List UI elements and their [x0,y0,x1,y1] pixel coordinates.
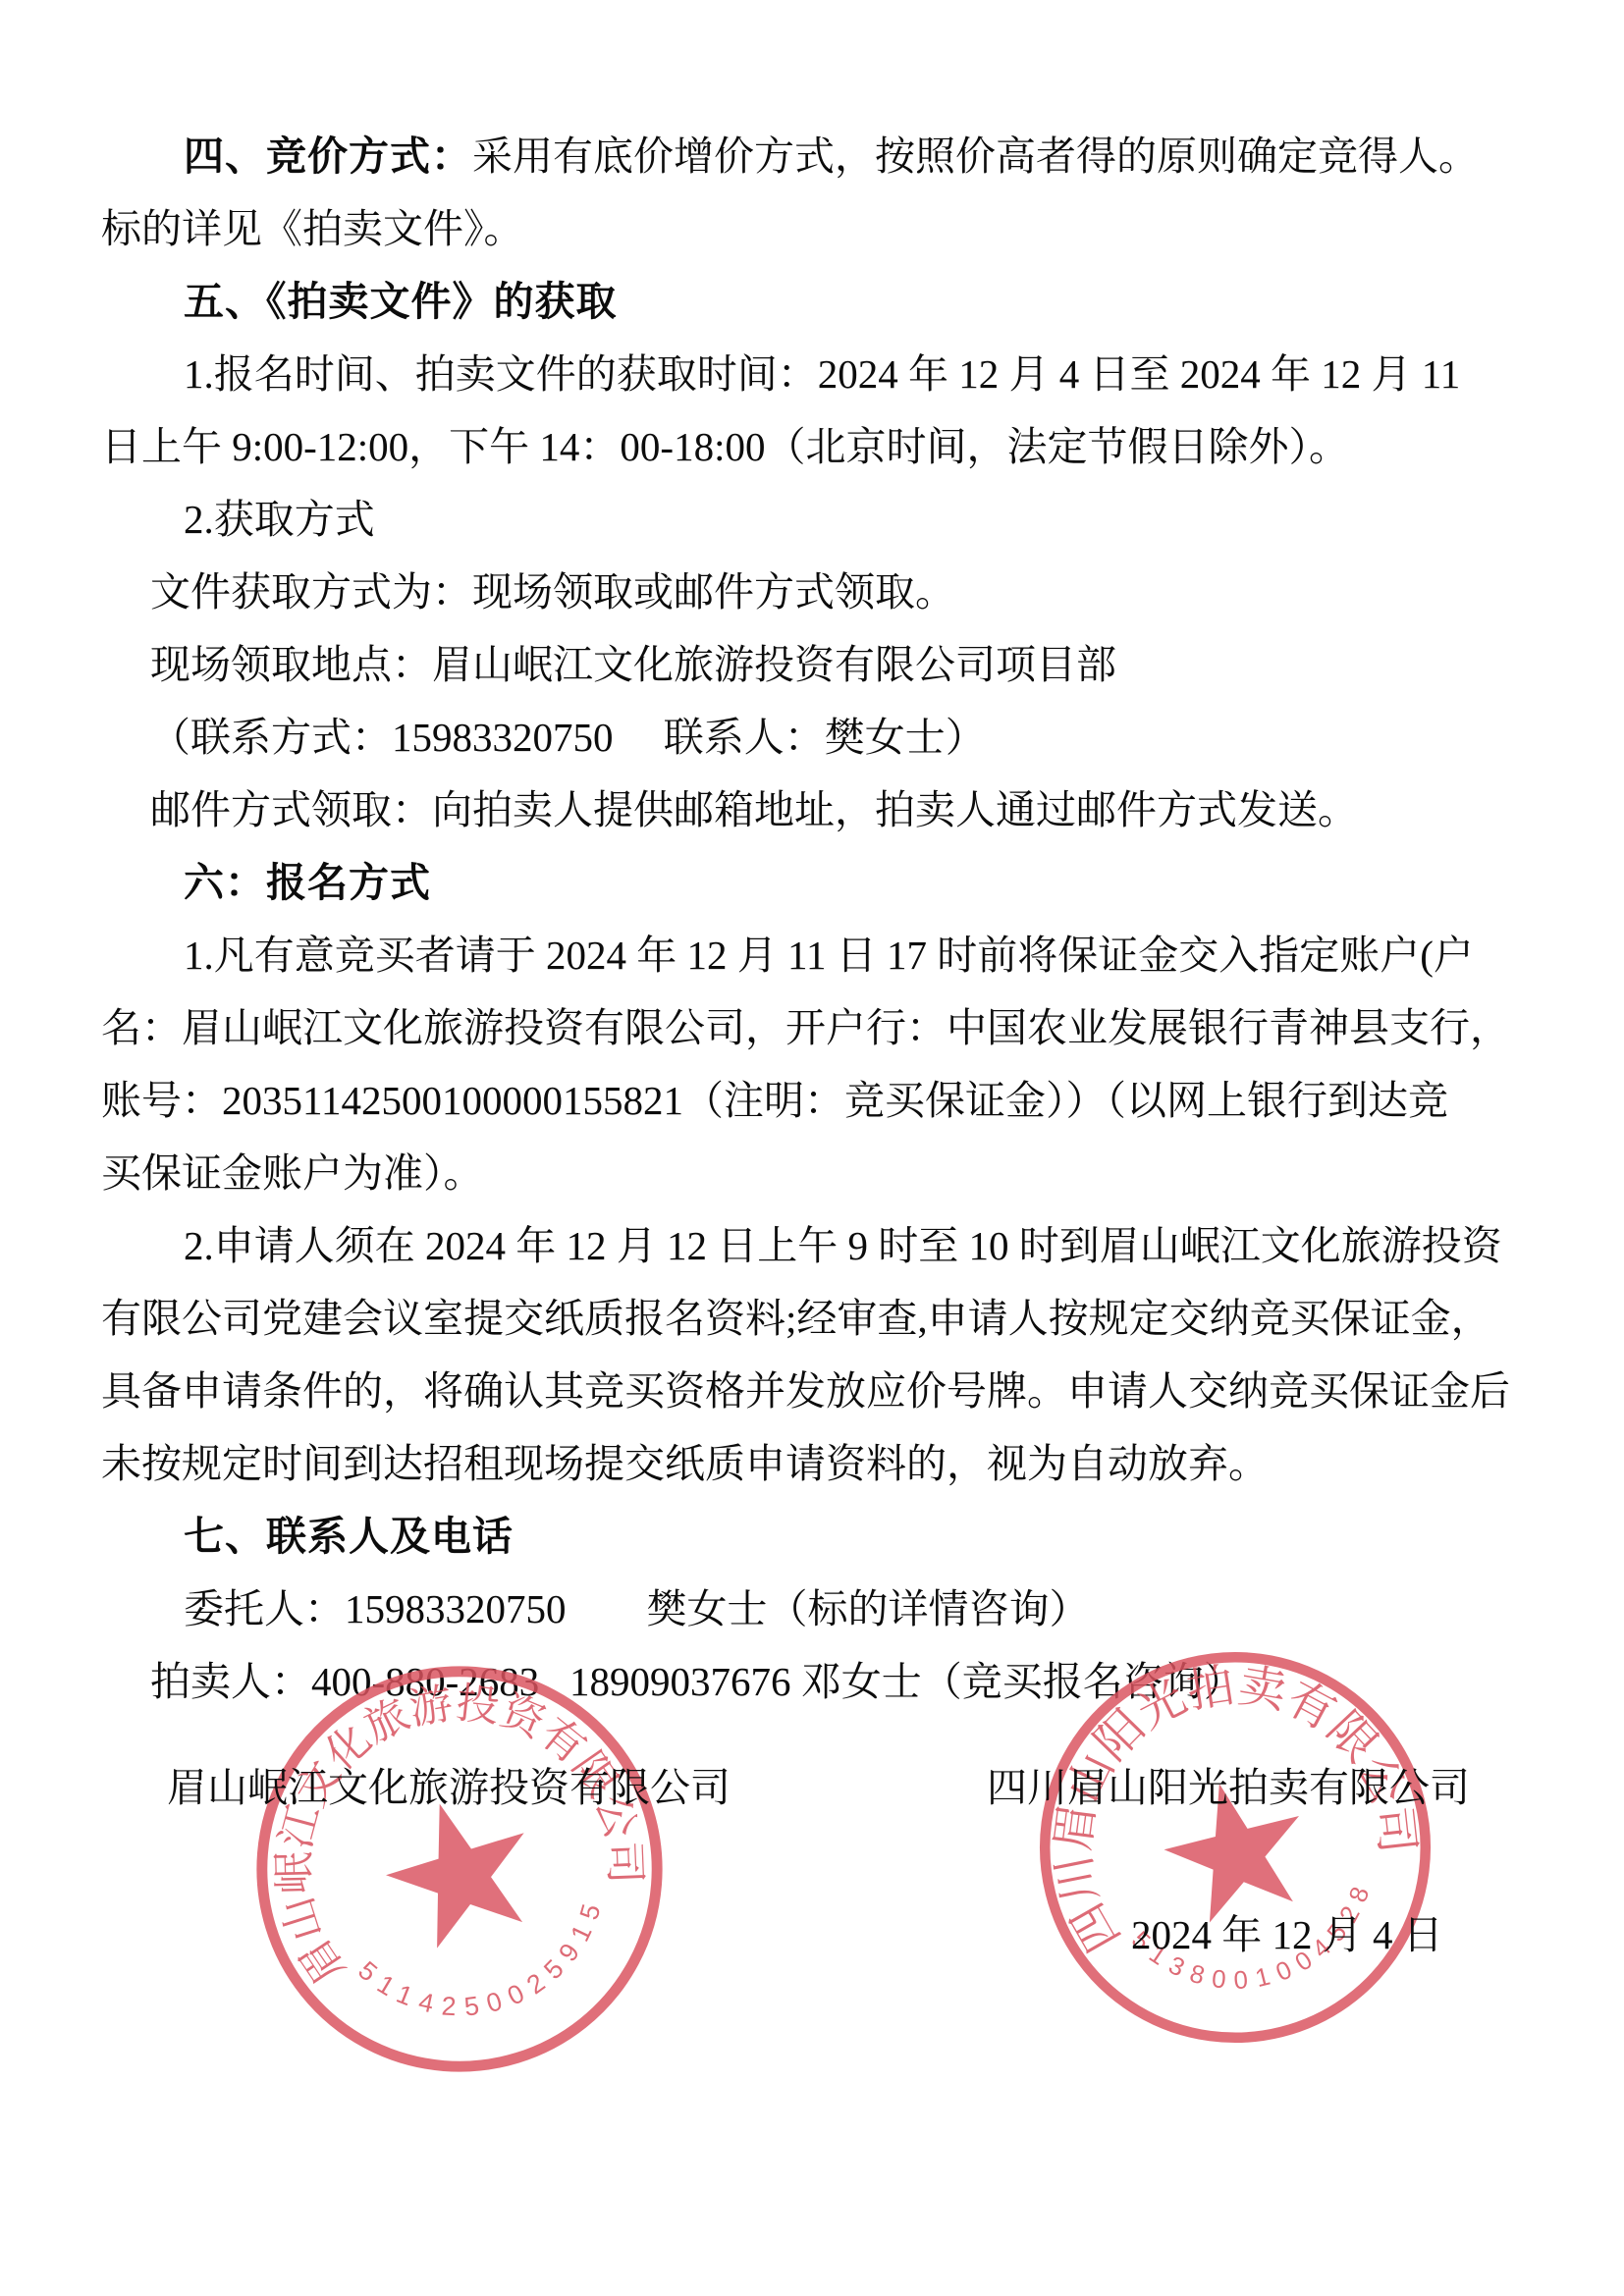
line-text: （联系方式：15983320750 联系人：樊女士） [150,715,986,760]
doc-line: 2.申请人须在 2024 年 12 月 12 日上午 9 时至 10 时到眉山岷… [101,1209,1525,1282]
doc-line: 文件获取方式为：现场领取或邮件方式领取。 [101,556,1525,628]
doc-line: 现场领取地点：眉山岷江文化旅游投资有限公司项目部 [101,628,1525,701]
doc-line: 账号：20351142500100000155821（注明：竞买保证金））（以网… [101,1064,1525,1137]
doc-line: 七、联系人及电话 [101,1500,1525,1573]
doc-line: 买保证金账户为准）。 [101,1137,1525,1209]
doc-line: （联系方式：15983320750 联系人：樊女士） [101,701,1525,774]
doc-line: 具备申请条件的，将确认其竞买资格并发放应价号牌。申请人交纳竞买保证金后 [101,1355,1525,1427]
section-heading: 七、联系人及电话 [184,1514,514,1559]
doc-line: 六：报名方式 [101,846,1525,919]
line-text: 有限公司党建会议室提交纸质报名资料;经审查,申请人按规定交纳竞买保证金， [101,1296,1491,1341]
line-text: 账号：20351142500100000155821（注明：竞买保证金））（以网… [101,1078,1448,1123]
line-text: 1.报名时间、拍卖文件的获取时间：2024 年 12 月 4 日至 2024 年… [184,351,1460,397]
line-text: 买保证金账户为准）。 [101,1150,484,1196]
line-text: 未按规定时间到达招租现场提交纸质申请资料的，视为自动放弃。 [101,1441,1269,1486]
doc-line: 2.获取方式 [101,483,1525,556]
line-text: 1.凡有意竞买者请于 2024 年 12 月 11 日 17 时前将保证金交入指… [184,933,1474,978]
doc-line: 日上午 9:00-12:00，下午 14：00-18:00（北京时间，法定节假日… [101,410,1525,483]
line-text: 2.申请人须在 2024 年 12 月 12 日上午 9 时至 10 时到眉山岷… [184,1223,1502,1268]
line-text: 日上午 9:00-12:00，下午 14：00-18:00（北京时间，法定节假日… [101,424,1349,469]
document-body: 四、竞价方式：采用有底价增价方式，按照价高者得的原则确定竞得人。 标的详见《拍卖… [101,0,1525,1718]
doc-line: 1.报名时间、拍卖文件的获取时间：2024 年 12 月 4 日至 2024 年… [101,338,1525,410]
auction-notice-page: 四、竞价方式：采用有底价增价方式，按照价高者得的原则确定竞得人。 标的详见《拍卖… [0,0,1624,2296]
line-text: 名：眉山岷江文化旅游投资有限公司，开户行：中国农业发展银行青神县支行， [101,1005,1510,1050]
doc-line: 标的详见《拍卖文件》。 [101,192,1525,265]
signature-left-company: 眉山岷江文化旅游投资有限公司 [167,1755,731,1813]
doc-line: 名：眉山岷江文化旅游投资有限公司，开户行：中国农业发展银行青神县支行， [101,991,1525,1064]
doc-line: 四、竞价方式：采用有底价增价方式，按照价高者得的原则确定竞得人。 [101,120,1525,192]
line-text: 现场领取地点：眉山岷江文化旅游投资有限公司项目部 [150,642,1116,687]
section-heading: 五、《拍卖文件》的获取 [184,279,618,324]
signature-right-company: 四川眉山阳光拍卖有限公司 [987,1755,1470,1813]
line-text: 标的详见《拍卖文件》。 [101,206,524,251]
doc-line: 五、《拍卖文件》的获取 [101,265,1525,338]
line-text: 文件获取方式为：现场领取或邮件方式领取。 [150,569,955,614]
doc-line: 邮件方式领取：向拍卖人提供邮箱地址，拍卖人通过邮件方式发送。 [101,774,1525,846]
line-text: 委托人：15983320750 樊女士（标的详情咨询） [184,1586,1090,1631]
section-heading: 六：报名方式 [184,860,431,905]
doc-line: 1.凡有意竞买者请于 2024 年 12 月 11 日 17 时前将保证金交入指… [101,919,1525,991]
doc-line: 有限公司党建会议室提交纸质报名资料;经审查,申请人按规定交纳竞买保证金， [101,1282,1525,1355]
doc-line: 未按规定时间到达招租现场提交纸质申请资料的，视为自动放弃。 [101,1427,1525,1500]
line-text: 采用有底价增价方式，按照价高者得的原则确定竞得人。 [472,133,1479,179]
signature-date: 2024 年 12 月 4 日 [1131,1902,1443,1960]
line-text: 具备申请条件的，将确认其竞买资格并发放应价号牌。申请人交纳竞买保证金后 [101,1368,1510,1414]
line-text: 邮件方式领取：向拍卖人提供邮箱地址，拍卖人通过邮件方式发送。 [150,787,1358,832]
line-text: 2.获取方式 [184,497,375,542]
section-heading: 四、竞价方式： [184,133,472,179]
